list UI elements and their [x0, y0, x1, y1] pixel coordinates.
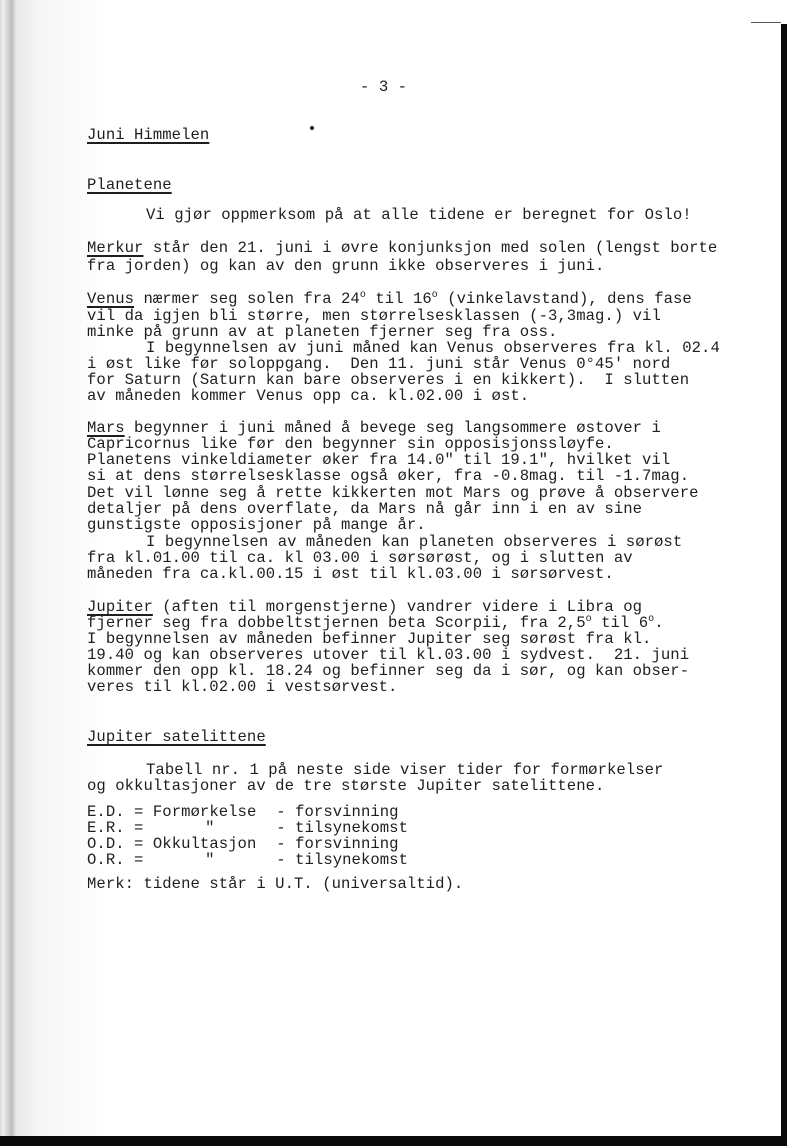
merkur-line-1: Merkur står den 21. juni i øvre konjunks… [87, 241, 717, 255]
mars-line-9: fra kl.01.00 til ca. kl 03.00 i sørsørøs… [87, 551, 633, 565]
venus-line-1: Venus nærmer seg solen fra 24o til 16o (… [87, 292, 692, 306]
mars-line-7: gunstigste opposisjoner på mange år. [87, 518, 426, 532]
legend-row: O.R. = " - tilsynekomst [87, 853, 408, 867]
venus-line-2: vil da igjen bli større, men størrelsesk… [87, 309, 661, 323]
jupiter-line-2: fjerner seg fra dobbeltstjernen beta Sco… [87, 616, 664, 630]
legend-row: E.R. = " - tilsynekomst [87, 821, 408, 835]
section-heading-planetene: Planetene [87, 178, 172, 192]
jupiter-line-5: kommer den opp kl. 18.24 og befinner seg… [87, 664, 689, 678]
legend-row: E.D. = Formørkelse - forsvinning [87, 805, 399, 819]
venus-line-7: av måneden kommer Venus opp ca. kl.02.00… [87, 389, 529, 403]
mars-line-2: Capricornus like før den begynner sin op… [87, 437, 614, 451]
section-heading-jupiter-satellites: Jupiter satelittene [87, 730, 266, 744]
mars-line-1: Mars begynner i juni måned å bevege seg … [87, 421, 661, 435]
page-title: Juni Himmelen [87, 128, 209, 142]
mars-line-3: Planetens vinkeldiameter øker fra 14.0" … [87, 453, 670, 467]
mars-line-6: detaljer på dens overflate, da Mars nå g… [87, 502, 642, 516]
venus-line-6: for Saturn (Saturn kan bare observeres i… [87, 373, 689, 387]
mars-line-5: Det vil lønne seg å rette kikkerten mot … [87, 486, 699, 500]
mars-line-10: måneden fra ca.kl.00.15 i øst til kl.03.… [87, 567, 614, 581]
venus-line-3: minke på grunn av at planeten fjerner se… [87, 325, 557, 339]
planet-name-merkur: Merkur [87, 239, 143, 257]
ink-speck [310, 126, 314, 130]
jupiter-line-1: Jupiter (aften til morgenstjerne) vandre… [87, 600, 642, 614]
venus-line-5: i øst like før soloppgang. Den 11. juni … [87, 357, 670, 371]
merkur-line-2: fra jorden) og kan av den grunn ikke obs… [87, 259, 604, 273]
planet-name-venus: Venus [87, 290, 134, 308]
satellites-line-2: og okkultasjoner av de tre største Jupit… [87, 779, 604, 793]
jupiter-line-4: 19.40 og kan observeres utover til kl.03… [87, 648, 689, 662]
jupiter-line-6: veres til kl.02.00 i vestsørvest. [87, 680, 397, 694]
venus-line-4: I begynnelsen av juni måned kan Venus ob… [146, 341, 720, 355]
mars-line-4: si at dens størrelsesklasse også øker, f… [87, 469, 689, 483]
page-number: - 3 - [360, 80, 407, 94]
planetene-intro: Vi gjør oppmerksom på at alle tidene er … [146, 208, 692, 222]
jupiter-line-3: I begynnelsen av måneden befinner Jupite… [87, 632, 651, 646]
satellites-line-1: Tabell nr. 1 på neste side viser tider f… [146, 763, 663, 777]
legend-row: O.D. = Okkultasjon - forsvinning [87, 837, 399, 851]
time-note: Merk: tidene står i U.T. (universaltid). [87, 877, 463, 891]
mars-line-8: I begynnelsen av måneden kan planeten ob… [146, 535, 682, 549]
document-page: - 3 - Juni Himmelen Planetene Vi gjør op… [0, 0, 787, 1146]
